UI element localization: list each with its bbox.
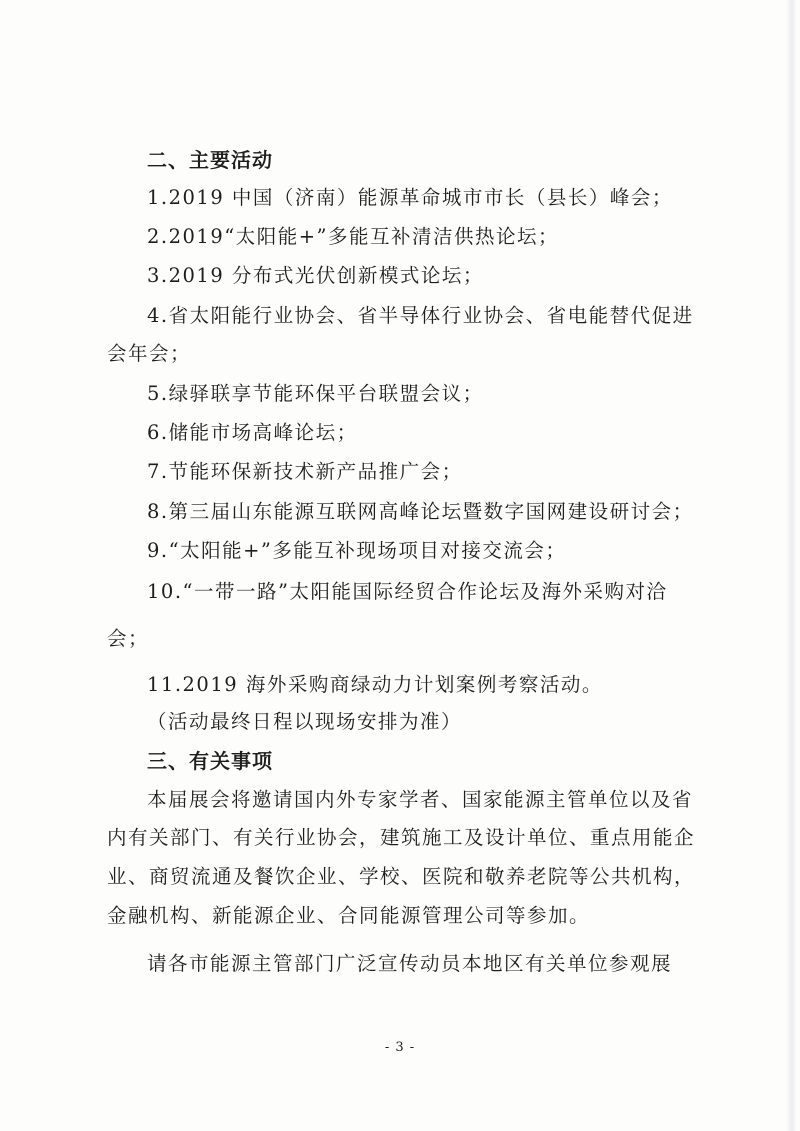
activity-item-7: 7.节能环保新技术新产品推广会；	[147, 460, 747, 484]
section-heading-matters: 三、有关事项	[147, 749, 747, 773]
page-number: - 3 -	[0, 1040, 800, 1055]
activity-item-3: 3.2019 分布式光伏创新模式论坛；	[147, 264, 747, 288]
paragraph-1-line-4: 金融机构、新能源企业、合同能源管理公司等参加。	[107, 904, 707, 928]
activity-item-2: 2.2019“太阳能+”多能互补清洁供热论坛；	[147, 225, 747, 249]
paragraph-1-line-2: 内有关部门、有关行业协会，建筑施工及设计单位、重点用能企	[107, 826, 707, 850]
activity-item-10: 10.“一带一路”太阳能国际经贸合作论坛及海外采购对洽	[147, 580, 747, 604]
schedule-note: （活动最终日程以现场安排为准）	[147, 710, 747, 734]
paragraph-2-line-1: 请各市能源主管部门广泛宣传动员本地区有关单位参观展	[147, 952, 747, 976]
activity-item-6: 6.储能市场高峰论坛；	[147, 421, 747, 445]
activity-item-8: 8.第三届山东能源互联网高峰论坛暨数字国网建设研讨会；	[147, 500, 747, 524]
activity-item-10-cont: 会；	[107, 627, 707, 651]
scan-edge-strip	[786, 0, 796, 1131]
section-heading-activities: 二、主要活动	[147, 148, 747, 172]
activity-item-11: 11.2019 海外采购商绿动力计划案例考察活动。	[147, 673, 747, 697]
activity-item-4-cont: 会年会；	[107, 342, 707, 366]
activity-item-1: 1.2019 中国（济南）能源革命城市市长（县长）峰会；	[147, 186, 747, 210]
paragraph-1-line-3: 业、商贸流通及餐饮企业、学校、医院和敬养老院等公共机构，	[107, 865, 707, 889]
activity-item-4: 4.省太阳能行业协会、省半导体行业协会、省电能替代促进	[147, 304, 747, 328]
activity-item-5: 5.绿驿联享节能环保平台联盟会议；	[147, 382, 747, 406]
activity-item-9: 9.“太阳能+”多能互补现场项目对接交流会；	[147, 539, 747, 563]
document-page: 二、主要活动 1.2019 中国（济南）能源革命城市市长（县长）峰会； 2.20…	[0, 0, 800, 1131]
paragraph-1-line-1: 本届展会将邀请国内外专家学者、国家能源主管单位以及省	[147, 788, 747, 812]
